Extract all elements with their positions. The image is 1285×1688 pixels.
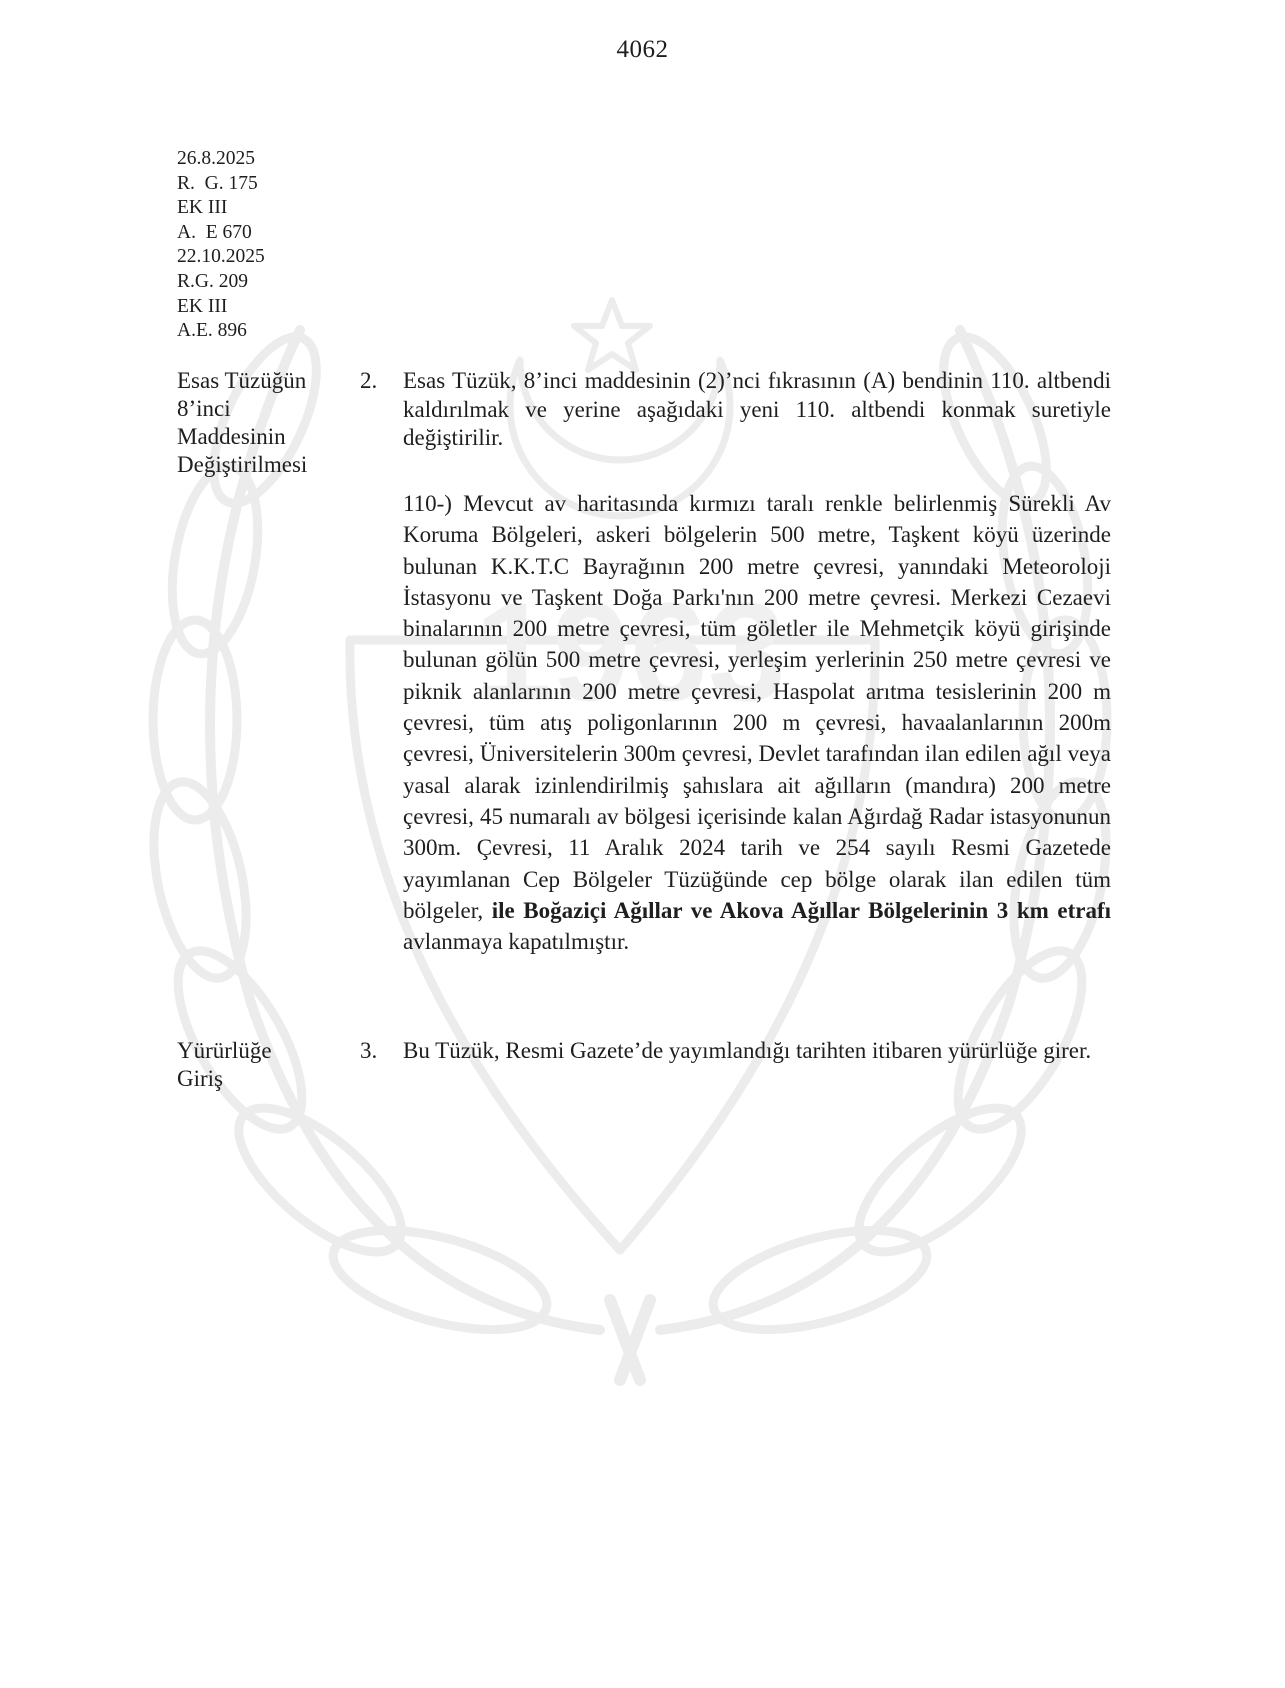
section-heading-amendment: Esas Tüzüğün 8’inci Maddesinin Değiştiri… — [177, 367, 307, 479]
reference-line: EK III — [177, 196, 265, 221]
reference-line: A.E. 896 — [177, 319, 265, 344]
heading-line: Maddesinin — [177, 423, 307, 451]
subclause-110-text: 110-) Mevcut av haritasında kırmızı tara… — [403, 488, 1111, 957]
heading-line: Yürürlüğe — [177, 1037, 272, 1065]
heading-line: 8’inci — [177, 395, 307, 423]
clause-text: Bu Tüzük, Resmi Gazete’de yayımlandığı t… — [403, 1037, 1111, 1066]
reference-line: EK III — [177, 295, 265, 320]
subclause-end-text: avlanmaya kapatılmıştır. — [403, 929, 629, 954]
document-page: 4062 26.8.2025 R. G. 175 EK III A. E 670… — [0, 0, 1285, 1688]
subclause-bold-text: ile Boğaziçi Ağıllar ve Akova Ağıllar Bö… — [492, 898, 1111, 923]
reference-line: R. G. 175 — [177, 172, 265, 197]
clause-number: 2. — [360, 367, 377, 395]
section-heading-entry-into-force: Yürürlüğe Giriş — [177, 1037, 272, 1093]
reference-line: 26.8.2025 — [177, 147, 265, 172]
subclause-regular-text: 110-) Mevcut av haritasında kırmızı tara… — [403, 491, 1111, 923]
reference-line: R.G. 209 — [177, 270, 265, 295]
page-number: 4062 — [0, 36, 1285, 64]
heading-line: Esas Tüzüğün — [177, 367, 307, 395]
gazette-references: 26.8.2025 R. G. 175 EK III A. E 670 22.1… — [177, 147, 265, 344]
reference-line: 22.10.2025 — [177, 245, 265, 270]
heading-line: Değiştirilmesi — [177, 451, 307, 479]
clause-number: 3. — [360, 1037, 377, 1065]
clause-text: Esas Tüzük, 8’inci maddesinin (2)’nci fı… — [403, 367, 1111, 453]
reference-line: A. E 670 — [177, 221, 265, 246]
heading-line: Giriş — [177, 1065, 272, 1093]
